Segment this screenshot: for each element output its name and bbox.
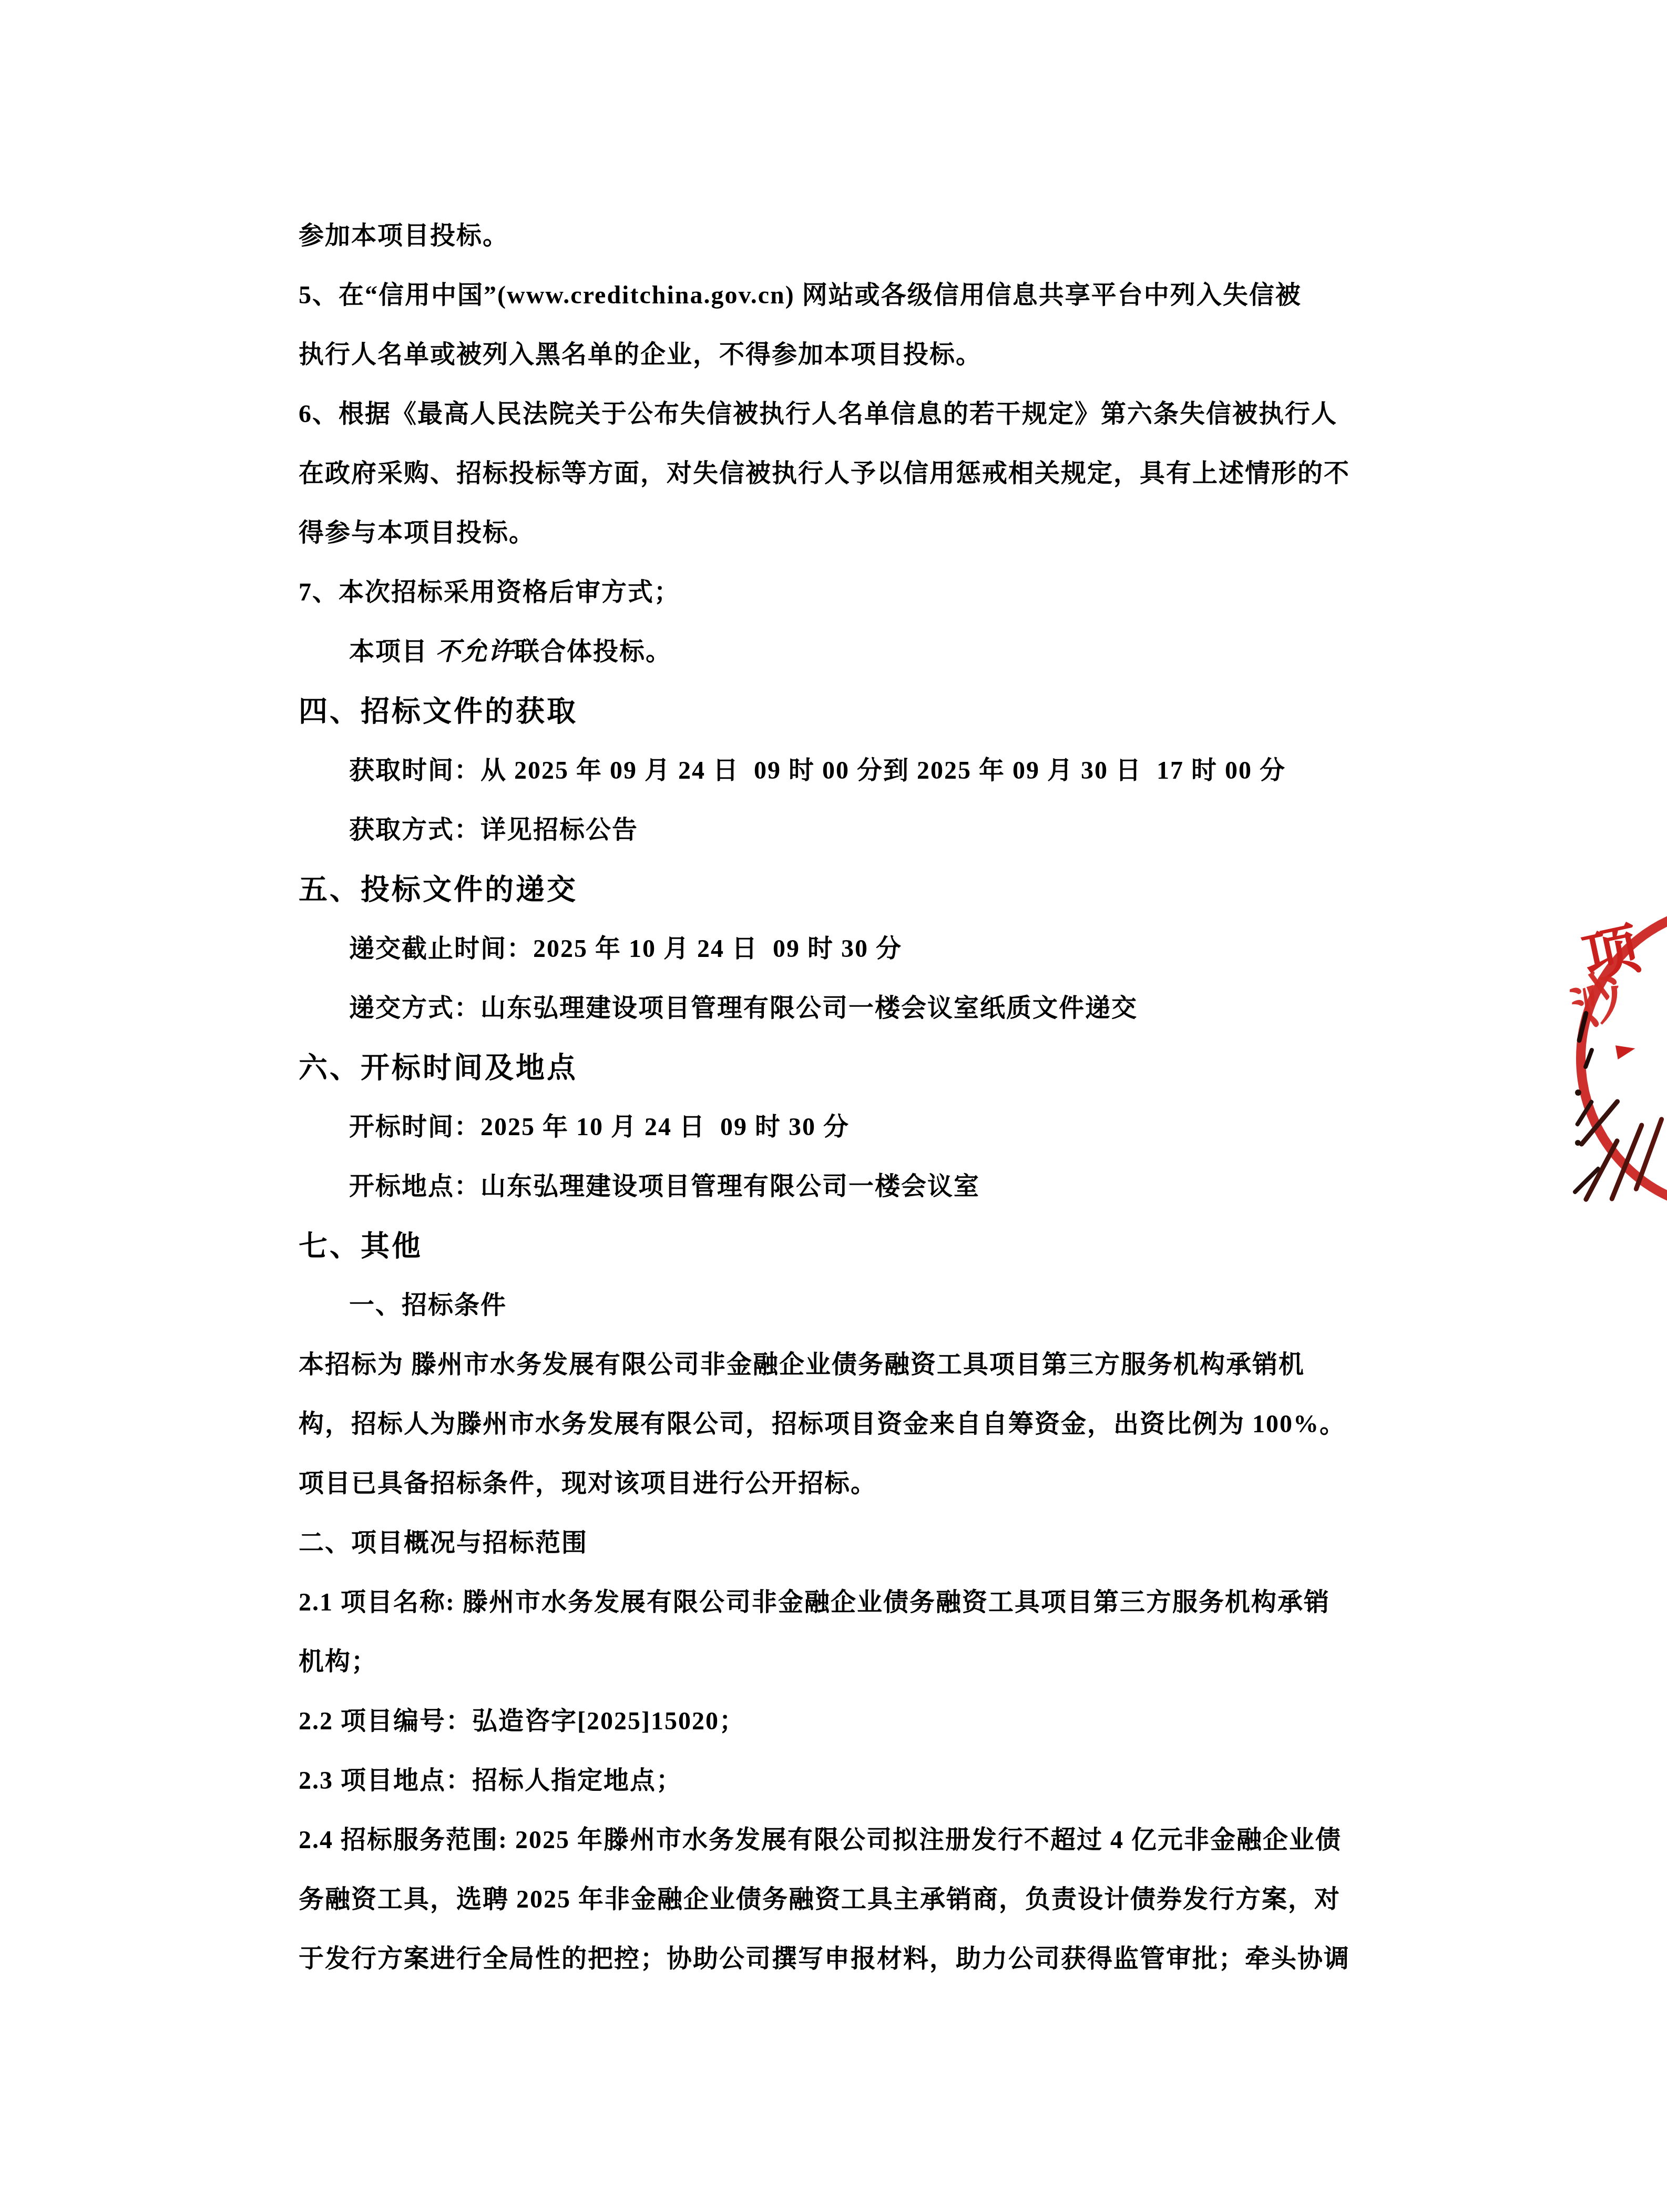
doc-line: 开标时间：2025 年 10 月 24 日 09 时 30 分 [299, 1097, 1403, 1157]
doc-text-italic: 不允许 [435, 638, 514, 666]
doc-line: 递交方式：山东弘理建设项目管理有限公司一楼会议室纸质文件递交 [299, 978, 1403, 1038]
doc-line: 项目已具备招标条件，现对该项目进行公开招标。 [299, 1454, 1403, 1513]
doc-subheading: 二、项目概况与招标范围 [299, 1513, 1403, 1573]
ink-stroke [1633, 1116, 1665, 1192]
doc-line-emphasis: 本项目 不允许联合体投标。 [299, 622, 1403, 681]
doc-line: 6、根据《最高人民法院关于公布失信被执行人名单信息的若干规定》第六条失信被执行人 [299, 384, 1403, 444]
official-stamp: 项 沙 [1570, 889, 1667, 1236]
doc-line: 执行人名单或被列入黑名单的企业，不得参加本项目投标。 [299, 325, 1403, 384]
doc-subheading: 一、招标条件 [299, 1276, 1403, 1335]
doc-line: 2.2 项目编号：弘造咨字[2025]15020； [299, 1691, 1403, 1751]
ink-stroke [1577, 1011, 1589, 1043]
stamp-ring-icon [1576, 902, 1667, 1215]
doc-text: 联合体投标。 [514, 638, 672, 666]
doc-line: 获取时间：从 2025 年 09 月 24 日 09 时 00 分到 2025 … [299, 741, 1403, 800]
ink-stroke [1574, 1099, 1594, 1127]
doc-line: 本招标为 滕州市水务发展有限公司非金融企业债务融资工具项目第三方服务机构承销机 [299, 1335, 1403, 1394]
doc-line: 5、在“信用中国”(www.creditchina.gov.cn) 网站或各级信… [299, 266, 1403, 325]
ink-stroke [1583, 1138, 1620, 1202]
doc-line: 得参与本项目投标。 [299, 503, 1403, 563]
doc-line: 递交截止时间：2025 年 10 月 24 日 09 时 30 分 [299, 919, 1403, 978]
section-heading-4: 四、招标文件的获取 [299, 681, 1403, 741]
stamp-mark-icon [1615, 1042, 1637, 1059]
doc-line: 2.3 项目地点：招标人指定地点； [299, 1751, 1403, 1810]
ink-stroke [1578, 1098, 1621, 1148]
ink-stroke [1583, 1047, 1594, 1069]
doc-line: 构，招标人为滕州市水务发展有限公司，招标项目资金来自自筹资金，出资比例为 100… [299, 1394, 1403, 1454]
doc-line: 机构； [299, 1632, 1403, 1691]
document-body: 参加本项目投标。 5、在“信用中国”(www.creditchina.gov.c… [299, 206, 1403, 1989]
doc-text: 本项目 [349, 638, 435, 666]
ink-stroke [1572, 1166, 1601, 1195]
section-heading-7: 七、其他 [299, 1216, 1403, 1276]
stamp-character: 项 [1578, 921, 1644, 987]
ink-stroke [1575, 1089, 1581, 1096]
ink-stroke [1609, 1122, 1644, 1202]
doc-line: 于发行方案进行全局性的把控；协助公司撰写申报材料，助力公司获得监管审批；牵头协调 [299, 1929, 1403, 1989]
scanned-document: 参加本项目投标。 5、在“信用中国”(www.creditchina.gov.c… [0, 0, 1667, 2212]
doc-line: 7、本次招标采用资格后审方式； [299, 563, 1403, 622]
doc-line: 2.4 招标服务范围: 2025 年滕州市水务发展有限公司拟注册发行不超过 4 … [299, 1810, 1403, 1870]
section-heading-5: 五、投标文件的递交 [299, 860, 1403, 919]
doc-line: 务融资工具，选聘 2025 年非金融企业债务融资工具主承销商，负责设计债券发行方… [299, 1870, 1403, 1929]
doc-line: 参加本项目投标。 [299, 206, 1403, 266]
doc-line: 在政府采购、招标投标等方面，对失信被执行人予以信用惩戒相关规定，具有上述情形的不 [299, 444, 1403, 503]
document-page: { "document": { "lines": [ {"text": "参加本… [0, 0, 1667, 2212]
stamp-character: 沙 [1570, 964, 1635, 1036]
ink-stroke [1575, 1140, 1581, 1146]
doc-line: 开标地点：山东弘理建设项目管理有限公司一楼会议室 [299, 1157, 1403, 1216]
section-heading-6: 六、开标时间及地点 [299, 1038, 1403, 1097]
doc-line: 2.1 项目名称: 滕州市水务发展有限公司非金融企业债务融资工具项目第三方服务机… [299, 1573, 1403, 1632]
doc-line: 获取方式：详见招标公告 [299, 800, 1403, 860]
